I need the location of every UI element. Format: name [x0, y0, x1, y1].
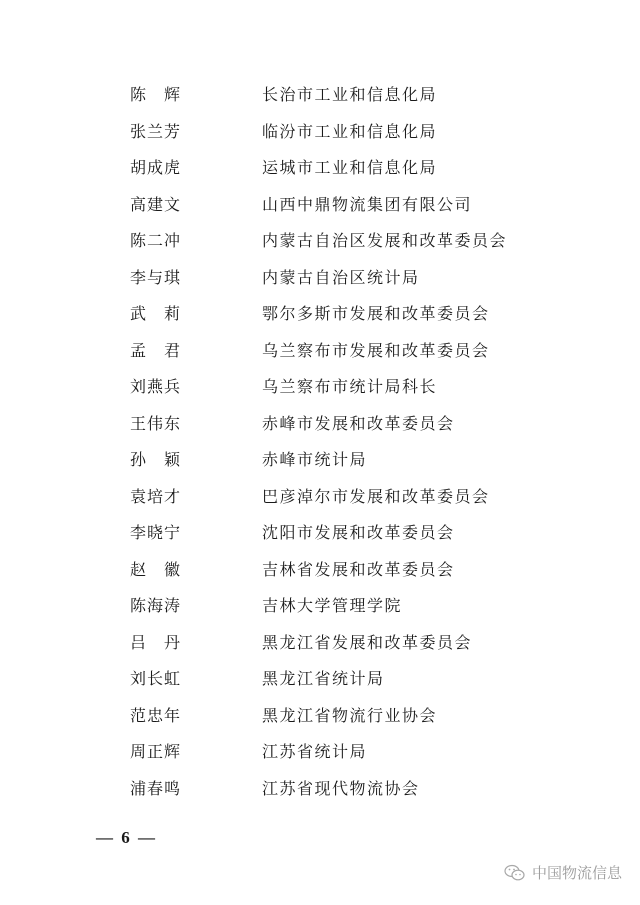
watermark: 中国物流信息 — [504, 862, 622, 883]
list-item: 张兰芳临汾市工业和信息化局 — [0, 117, 640, 147]
list-item: 陈二冲内蒙古自治区发展和改革委员会 — [0, 226, 640, 256]
organization: 山西中鼎物流集团有限公司 — [262, 190, 472, 220]
organization: 运城市工业和信息化局 — [262, 153, 437, 183]
organization: 内蒙古自治区统计局 — [262, 263, 420, 293]
person-name: 张兰芳 — [130, 117, 181, 147]
person-name: 范忠年 — [130, 701, 181, 731]
organization: 赤峰市发展和改革委员会 — [262, 409, 455, 439]
person-name: 赵 徽 — [130, 555, 181, 585]
person-name: 刘长虹 — [130, 664, 181, 694]
person-name: 胡成虎 — [130, 153, 181, 183]
person-name: 孙 颖 — [130, 445, 181, 475]
wechat-icon — [504, 864, 526, 882]
list-item: 刘长虹黑龙江省统计局 — [0, 664, 640, 694]
organization: 乌兰察布市发展和改革委员会 — [262, 336, 490, 366]
list-item: 胡成虎运城市工业和信息化局 — [0, 153, 640, 183]
organization: 鄂尔多斯市发展和改革委员会 — [262, 299, 490, 329]
organization: 黑龙江省发展和改革委员会 — [262, 628, 472, 658]
person-name: 陈海涛 — [130, 591, 181, 621]
list-item: 陈海涛吉林大学管理学院 — [0, 591, 640, 621]
organization: 长治市工业和信息化局 — [262, 80, 437, 110]
person-name: 刘燕兵 — [130, 372, 181, 402]
organization: 赤峰市统计局 — [262, 445, 367, 475]
list-item: 刘燕兵乌兰察布市统计局科长 — [0, 372, 640, 402]
list-item: 浦春鸣江苏省现代物流协会 — [0, 774, 640, 804]
list-item: 李晓宁沈阳市发展和改革委员会 — [0, 518, 640, 548]
organization: 乌兰察布市统计局科长 — [262, 372, 437, 402]
organization: 吉林大学管理学院 — [262, 591, 402, 621]
list-item: 赵 徽吉林省发展和改革委员会 — [0, 555, 640, 585]
organization: 巴彦淖尔市发展和改革委员会 — [262, 482, 490, 512]
watermark-text: 中国物流信息 — [532, 862, 622, 883]
list-item: 袁培才巴彦淖尔市发展和改革委员会 — [0, 482, 640, 512]
list-item: 武 莉鄂尔多斯市发展和改革委员会 — [0, 299, 640, 329]
organization: 吉林省发展和改革委员会 — [262, 555, 455, 585]
person-name: 陈 辉 — [130, 80, 181, 110]
person-name: 吕 丹 — [130, 628, 181, 658]
organization: 江苏省统计局 — [262, 737, 367, 767]
organization: 黑龙江省物流行业协会 — [262, 701, 437, 731]
person-name: 浦春鸣 — [130, 774, 181, 804]
organization: 沈阳市发展和改革委员会 — [262, 518, 455, 548]
organization: 黑龙江省统计局 — [262, 664, 385, 694]
person-name: 陈二冲 — [130, 226, 181, 256]
list-item: 王伟东赤峰市发展和改革委员会 — [0, 409, 640, 439]
organization: 江苏省现代物流协会 — [262, 774, 420, 804]
person-name: 王伟东 — [130, 409, 181, 439]
person-name: 武 莉 — [130, 299, 181, 329]
page-number: — 6 — — [96, 828, 157, 848]
organization: 临汾市工业和信息化局 — [262, 117, 437, 147]
person-name: 周正辉 — [130, 737, 181, 767]
list-item: 孙 颖赤峰市统计局 — [0, 445, 640, 475]
list-item: 陈 辉长治市工业和信息化局 — [0, 80, 640, 110]
person-name: 孟 君 — [130, 336, 181, 366]
person-name: 李与琪 — [130, 263, 181, 293]
person-name: 袁培才 — [130, 482, 181, 512]
list-item: 李与琪内蒙古自治区统计局 — [0, 263, 640, 293]
list-item: 范忠年黑龙江省物流行业协会 — [0, 701, 640, 731]
list-item: 周正辉江苏省统计局 — [0, 737, 640, 767]
person-name: 李晓宁 — [130, 518, 181, 548]
person-name: 高建文 — [130, 190, 181, 220]
list-item: 孟 君乌兰察布市发展和改革委员会 — [0, 336, 640, 366]
organization: 内蒙古自治区发展和改革委员会 — [262, 226, 507, 256]
list-item: 高建文山西中鼎物流集团有限公司 — [0, 190, 640, 220]
list-item: 吕 丹黑龙江省发展和改革委员会 — [0, 628, 640, 658]
